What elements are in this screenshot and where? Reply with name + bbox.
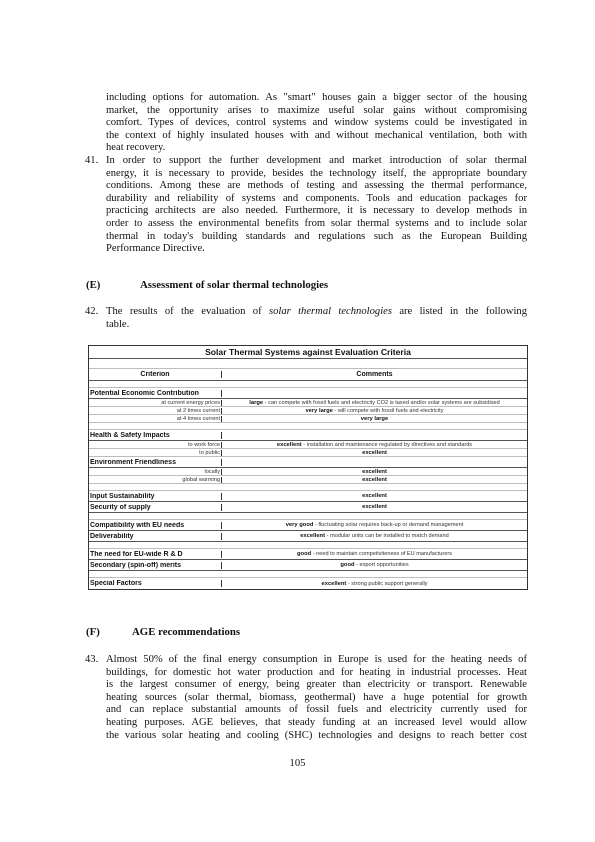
table-header-row: Criterion Comments [89, 369, 527, 381]
text-line: conditions. Among these are methods of t… [106, 180, 527, 193]
paragraph-number: 42. [85, 306, 98, 319]
criterion-label: Health & Safety Impacts [90, 432, 170, 439]
rating-value: very large [361, 416, 388, 422]
rating-value: excellent [322, 581, 347, 587]
paragraph-number: 43. [85, 654, 98, 667]
paragraph-42: 42. The results of the evaluation of sol… [106, 306, 527, 331]
rating-value: good [297, 551, 311, 557]
comments-header: Comments [222, 371, 527, 378]
text-line: In order to support the further developm… [106, 155, 527, 168]
comment-cell: excellent - installation and maintenance… [222, 442, 527, 448]
table-row: locallyexcellent [89, 468, 527, 476]
table-row: Secondary (spin-off) meritsgood - export… [89, 560, 527, 571]
comment-text: - strong public support generally [346, 581, 427, 587]
table-row: global warmingexcellent [89, 476, 527, 484]
text-line: buildings, for domestic hot water produc… [106, 667, 527, 680]
criterion-cell: at 4 times current [89, 416, 222, 422]
text-line: durability and reliability of systems an… [106, 193, 527, 206]
table-row: Health & Safety Impacts [89, 430, 527, 441]
paragraph-41: 41. In order to support the further deve… [106, 155, 527, 256]
criterion-label: Potential Economic Contribution [90, 390, 199, 397]
comment-text: - need to maintain competiviteness of EU… [311, 551, 452, 557]
comment-cell: excellent [222, 493, 527, 499]
text-line: is the largest consumer of energy, being… [106, 679, 527, 692]
criterion-cell: The need for EU-wide R & D [89, 551, 222, 558]
table-row: Input Sustainabilityexcellent [89, 491, 527, 502]
criterion-cell: Secondary (spin-off) merits [89, 562, 222, 569]
criterion-cell: to work force [89, 442, 222, 448]
table-spacer-row [89, 542, 527, 549]
rating-value: excellent [362, 493, 387, 499]
table-spacer-row [89, 513, 527, 520]
criterion-cell: Special Factors [89, 580, 222, 587]
section-letter: (E) [86, 279, 100, 291]
criterion-header: Criterion [89, 371, 222, 378]
section-letter: (F) [86, 626, 100, 638]
criterion-label: Security of supply [90, 504, 151, 511]
rating-value: good [340, 562, 354, 568]
paragraph-40-continuation: including options for automation. As "sm… [106, 92, 527, 155]
criterion-cell: at current energy prices [89, 400, 222, 406]
comment-text: - export opportunities [355, 562, 409, 568]
criterion-label: Deliverability [90, 533, 134, 540]
table-row: Compatibility with EU needsvery good - f… [89, 520, 527, 531]
criterion-label: Input Sustainability [90, 493, 155, 500]
text-line: Almost 50% of the final energy consumpti… [106, 654, 527, 667]
table-row: Potential Economic Contribution [89, 388, 527, 399]
text-line: comfort. Types of devices, control syste… [106, 117, 527, 130]
section-heading-f: (F) AGE recommendations [86, 626, 526, 640]
text-line: energy, it is necessary to provide, besi… [106, 168, 527, 181]
criterion-cell: Compatibility with EU needs [89, 522, 222, 529]
table-spacer-row [89, 484, 527, 491]
section-title: AGE recommendations [132, 626, 240, 638]
criterion-cell: Environment Friendliness [89, 459, 222, 466]
rating-value: excellent [277, 442, 302, 448]
table-spacer-row [89, 423, 527, 430]
table-spacer-row [89, 571, 527, 578]
comment-cell: excellent [222, 450, 527, 456]
table-row: Deliverabilityexcellent - modular units … [89, 531, 527, 542]
rating-value: very large [305, 408, 332, 414]
criterion-cell: locally [89, 469, 222, 475]
rating-value: large [249, 400, 263, 406]
criterion-cell: Potential Economic Contribution [89, 390, 222, 397]
criterion-label: to work force [188, 442, 220, 448]
comment-cell: good - export opportunities [222, 562, 527, 568]
comment-text: - fluctuating solar requires back-up or … [313, 522, 463, 528]
table-row: The need for EU-wide R & Dgood - need to… [89, 549, 527, 560]
criterion-label: global warming [182, 477, 220, 483]
criterion-label: locally [204, 469, 220, 475]
table-row: Environment Friendliness [89, 457, 527, 468]
comment-cell: excellent - strong public support genera… [222, 581, 527, 587]
rating-value: excellent [362, 504, 387, 510]
evaluation-table: Solar Thermal Systems against Evaluation… [88, 345, 528, 590]
comment-text: - can compete with fossil fuels and elec… [263, 400, 500, 406]
rating-value: excellent [362, 477, 387, 483]
comment-text: - will compete with fossil fuels and ele… [333, 408, 444, 414]
table-spacer-row [89, 381, 527, 388]
rating-value: excellent [362, 450, 387, 456]
criterion-label: at current energy prices [161, 400, 220, 406]
criterion-label: at 4 times current [177, 416, 220, 422]
comment-cell: very large - will compete with fossil fu… [222, 408, 527, 414]
criterion-label: Environment Friendliness [90, 459, 176, 466]
comment-text: - modular units can be installed to matc… [325, 533, 449, 539]
comment-cell: large - can compete with fossil fuels an… [222, 400, 527, 406]
table-row: at 2 times currentvery large - will comp… [89, 407, 527, 415]
comment-text: - installation and maintenance regulated… [302, 442, 472, 448]
comment-cell: excellent [222, 504, 527, 510]
criterion-label: at 2 times current [177, 408, 220, 414]
comment-cell: very large [222, 416, 527, 422]
table-title: Solar Thermal Systems against Evaluation… [89, 346, 527, 358]
text-line: thermal in today's building standards an… [106, 231, 527, 244]
text-line: the various solar heating and cooling (S… [106, 730, 527, 743]
criterion-cell: at 2 times current [89, 408, 222, 414]
text-line: Performance Directive. [106, 243, 527, 256]
text-line: the context of highly insulated houses w… [106, 130, 527, 143]
text-line: heating sources (solar thermal, biomass,… [106, 692, 527, 705]
criterion-label: Special Factors [90, 580, 142, 587]
rating-value: excellent [300, 533, 325, 539]
criterion-label: The need for EU-wide R & D [90, 551, 183, 558]
page-number: 105 [0, 758, 595, 769]
table-row: to publicexcellent [89, 449, 527, 457]
italic-term: solar thermal technologies [269, 306, 392, 317]
text-run: The results of the evaluation of [106, 306, 269, 317]
rating-value: excellent [362, 469, 387, 475]
text-line: practicing architects are also needed. F… [106, 205, 527, 218]
table-title-row: Solar Thermal Systems against Evaluation… [89, 346, 527, 359]
criterion-label: Compatibility with EU needs [90, 522, 184, 529]
criterion-cell: to public [89, 450, 222, 456]
criterion-cell: Input Sustainability [89, 493, 222, 500]
text-line: market, the opportunity arises to maximi… [106, 105, 527, 118]
text-line: table. [106, 319, 527, 332]
criterion-label: to public [199, 450, 220, 456]
criterion-cell: global warming [89, 477, 222, 483]
section-heading-e: (E) Assessment of solar thermal technolo… [86, 279, 526, 293]
criterion-cell: Health & Safety Impacts [89, 432, 222, 439]
table-body: Potential Economic Contributionat curren… [89, 381, 527, 589]
table-row [89, 359, 527, 369]
comment-cell: excellent - modular units can be install… [222, 533, 527, 539]
criterion-cell: Security of supply [89, 504, 222, 511]
text-line: including options for automation. As "sm… [106, 92, 527, 105]
section-title: Assessment of solar thermal technologies [140, 279, 328, 291]
text-line: heat recovery. [106, 142, 527, 155]
table-row: at 4 times currentvery large [89, 415, 527, 423]
comment-cell: very good - fluctuating solar requires b… [222, 522, 527, 528]
comment-cell: excellent [222, 469, 527, 475]
table-row: to work forceexcellent - installation an… [89, 441, 527, 449]
text-run: are listed in the following [392, 306, 527, 317]
comment-cell: excellent [222, 477, 527, 483]
text-line: order to assess the environmental benefi… [106, 218, 527, 231]
comment-cell: good - need to maintain competiviteness … [222, 551, 527, 557]
table-row: Special Factorsexcellent - strong public… [89, 578, 527, 589]
text-line: The results of the evaluation of solar t… [106, 306, 527, 319]
table-row: Security of supplyexcellent [89, 502, 527, 513]
text-line: heating purposes. AGE believes, that ste… [106, 717, 527, 730]
paragraph-43: 43. Almost 50% of the final energy consu… [106, 654, 527, 742]
criterion-label: Secondary (spin-off) merits [90, 562, 181, 569]
paragraph-number: 41. [85, 155, 98, 168]
table-row: at current energy priceslarge - can comp… [89, 399, 527, 407]
text-line: and can replace substantial amounts of f… [106, 704, 527, 717]
criterion-cell: Deliverability [89, 533, 222, 540]
rating-value: very good [286, 522, 314, 528]
